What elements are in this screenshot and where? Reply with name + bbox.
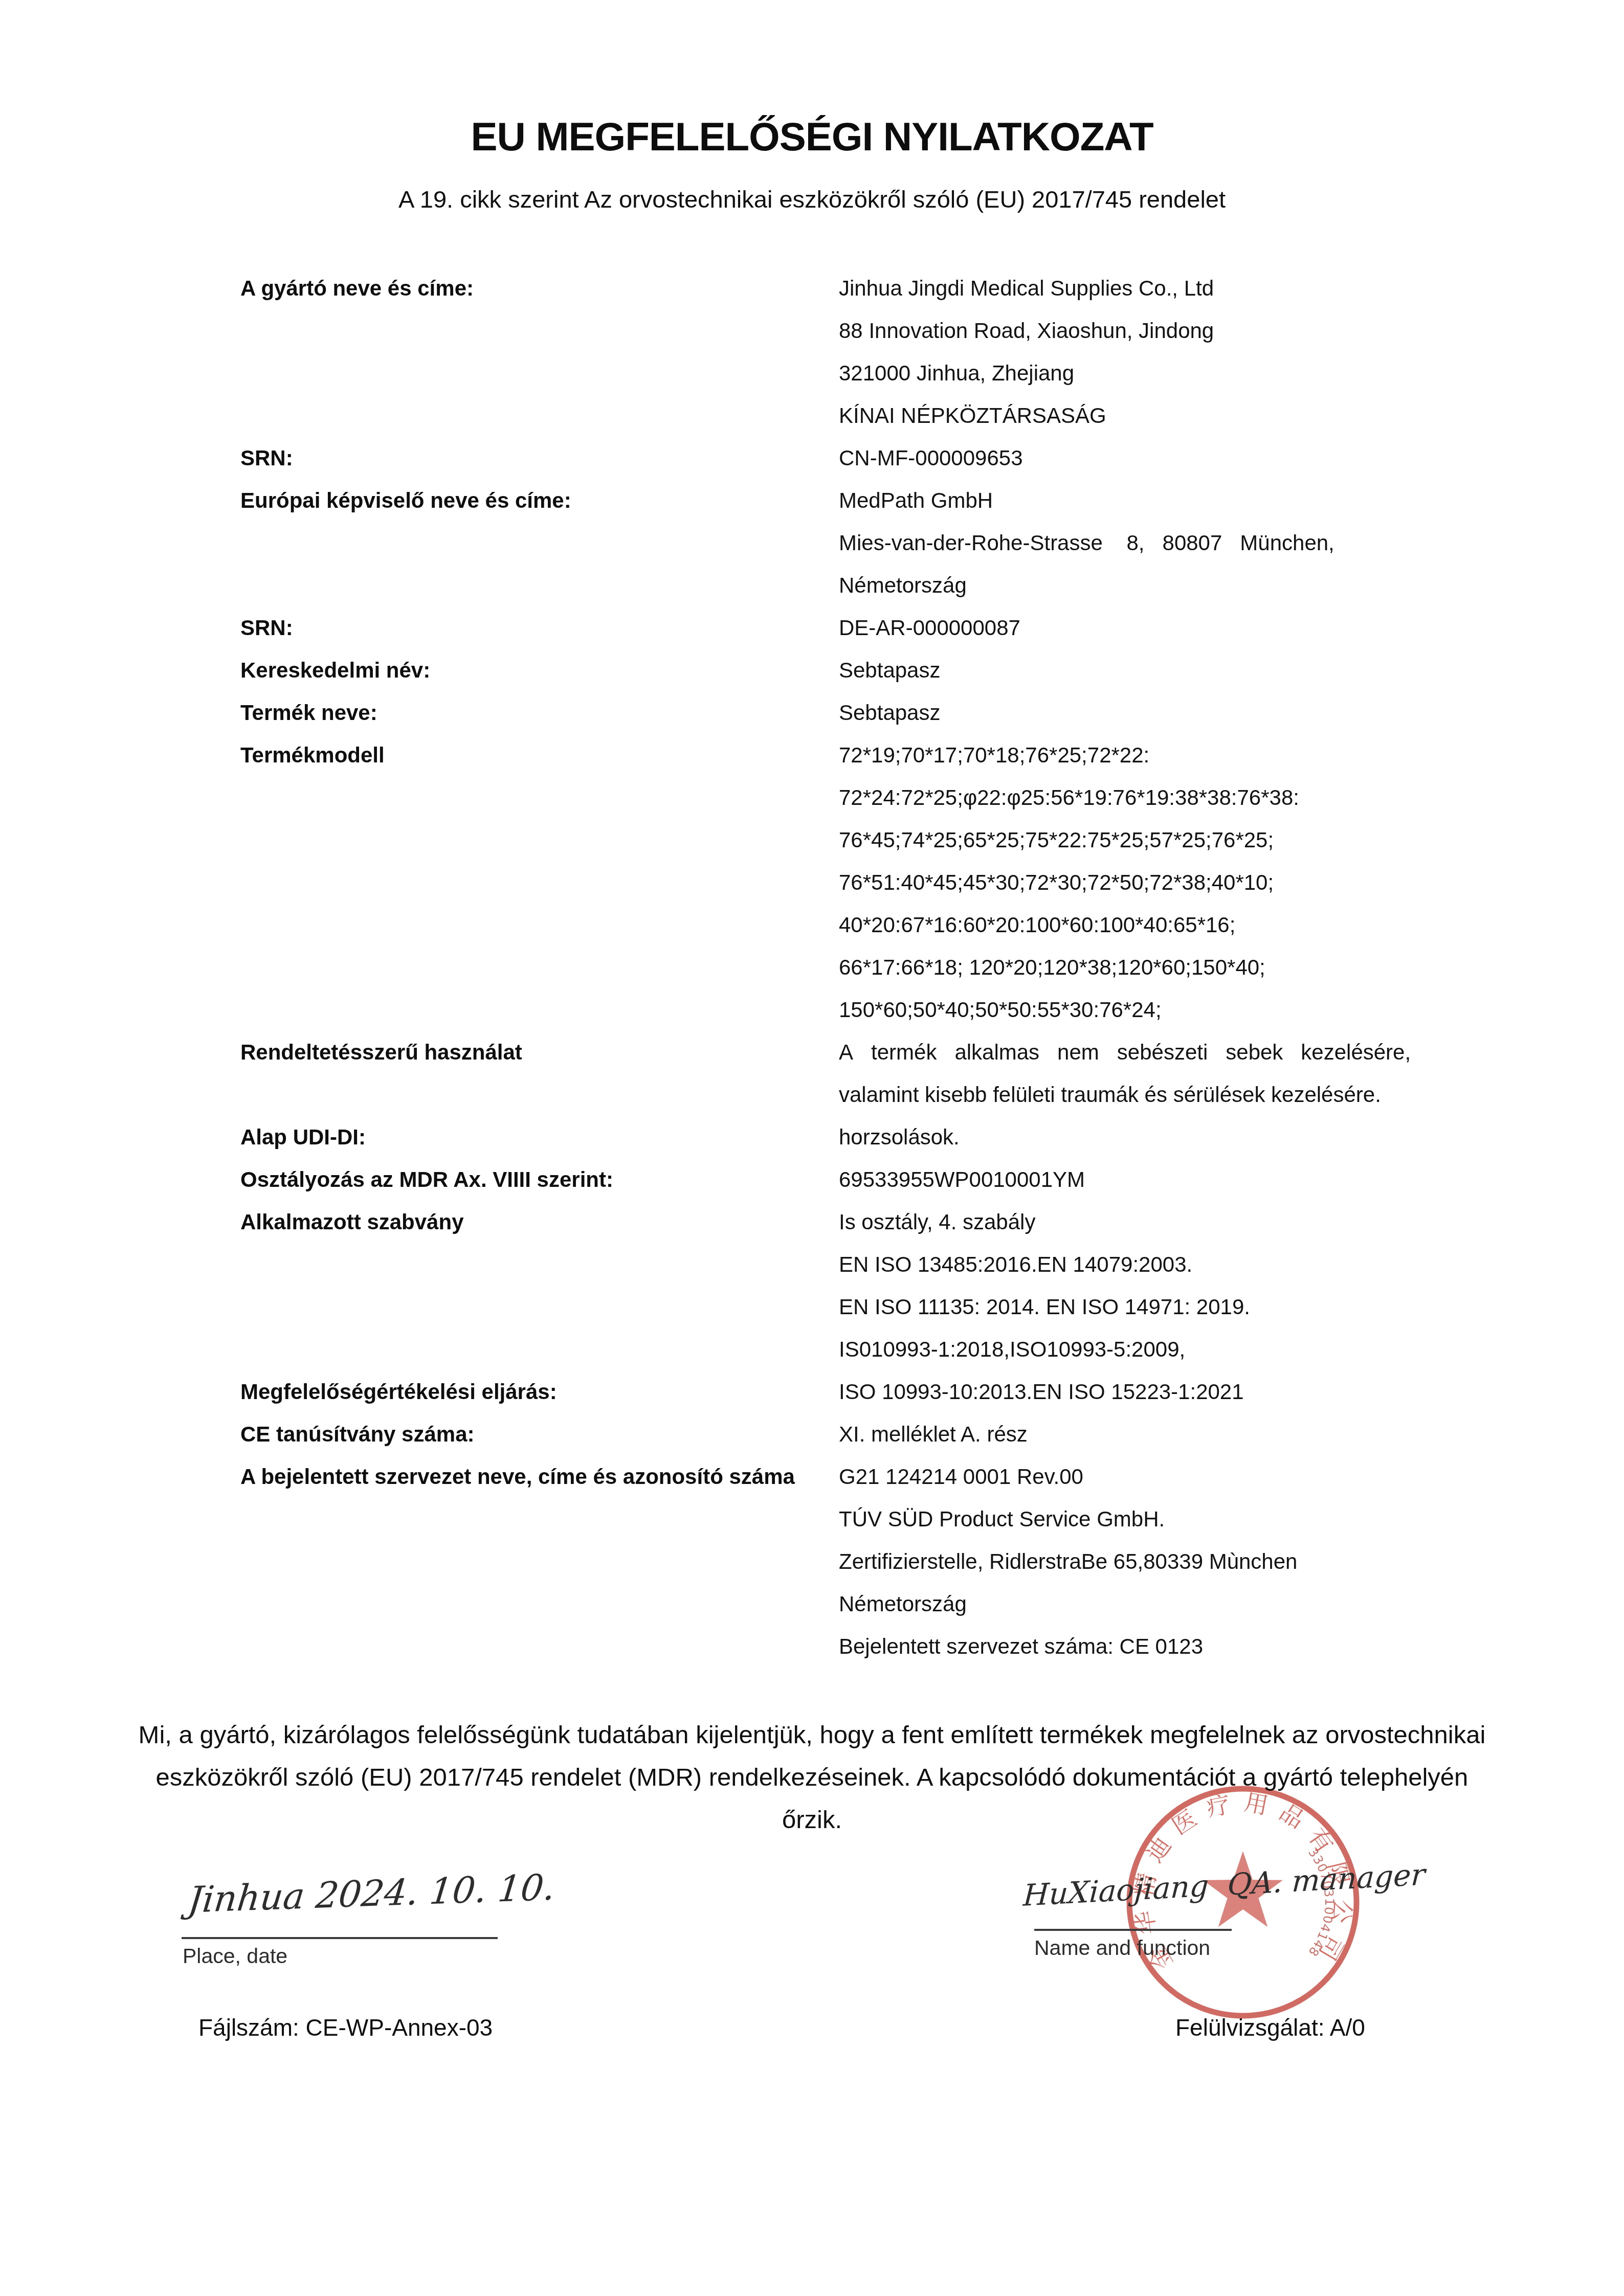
field-row: Termék neve: Sebtapasz <box>240 691 1534 734</box>
field-row: A gyártó neve és címe: Jinhua Jingdi Med… <box>240 267 1534 437</box>
field-value: A termék alkalmas nem sebészeti sebek ke… <box>839 1031 1534 1116</box>
field-value-line: EN ISO 13485:2016.EN 14079:2003. <box>839 1243 1534 1286</box>
field-value: Sebtapasz <box>839 649 1534 691</box>
field-value-line: 150*60;50*40;50*50:55*30:76*24; <box>839 988 1534 1031</box>
field-row: SRN: CN-MF-000009653 <box>240 437 1534 479</box>
field-value: G21 124214 0001 Rev.00TÚV SÜD Product Se… <box>839 1455 1534 1668</box>
field-value-line: CN-MF-000009653 <box>839 437 1534 479</box>
field-value-line: DE-AR-000000087 <box>839 606 1534 649</box>
field-value-line: 66*17:66*18; 120*20;120*38;120*60;150*40… <box>839 946 1534 988</box>
field-value: 69533955WP0010001YM <box>839 1158 1534 1201</box>
field-value-line: Németország <box>839 564 1534 606</box>
field-value-line: 72*24:72*25;φ22:φ25:56*19:76*19:38*38:76… <box>839 776 1534 819</box>
field-value-line: horzsolások. <box>839 1116 1534 1158</box>
field-row: Osztályozás az MDR Ax. VIIII szerint: 69… <box>240 1158 1534 1201</box>
fields-table: A gyártó neve és címe: Jinhua Jingdi Med… <box>240 267 1534 1668</box>
field-row: Kereskedelmi név: Sebtapasz <box>240 649 1534 691</box>
field-value-line: Bejelentett szervezet száma: CE 0123 <box>839 1625 1534 1668</box>
field-value-line: 88 Innovation Road, Xiaoshun, Jindong <box>839 309 1534 352</box>
field-value-line: Sebtapasz <box>839 691 1534 734</box>
field-value: Is osztály, 4. szabályEN ISO 13485:2016.… <box>839 1201 1534 1370</box>
field-value-line: Sebtapasz <box>839 649 1534 691</box>
field-value-line: IS010993-1:2018,ISO10993-5:2009, <box>839 1328 1534 1370</box>
field-label: Termék neve: <box>240 691 839 734</box>
place-date-label: Place, date <box>183 1944 287 1968</box>
field-value-line: 69533955WP0010001YM <box>839 1158 1534 1201</box>
declaration-line: Mi, a gyártó, kizárólagos felelősségünk … <box>26 1714 1598 1757</box>
field-label: A bejelentett szervezet neve, címe és az… <box>240 1455 839 1498</box>
field-row: CE tanúsítvány száma: XI. melléklet A. r… <box>240 1413 1534 1455</box>
file-number: Fájlszám: CE-WP-Annex-03 <box>198 2014 493 2041</box>
field-value: CN-MF-000009653 <box>839 437 1534 479</box>
field-label: Rendeltetésszerű használat <box>240 1031 839 1073</box>
field-label: Európai képviselő neve és címe: <box>240 479 839 522</box>
field-label: Alap UDI-DI: <box>240 1116 839 1158</box>
field-label: Osztályozás az MDR Ax. VIIII szerint: <box>240 1158 839 1201</box>
declaration-line: őrzik. <box>26 1799 1598 1841</box>
field-label: Termékmodell <box>240 734 839 776</box>
field-row: Megfelelőségértékelési eljárás: ISO 1099… <box>240 1370 1534 1413</box>
field-value: Sebtapasz <box>839 691 1534 734</box>
handwritten-place-date: Jinhua 2024. 10. 10. <box>186 1866 557 1921</box>
field-row: Termékmodell 72*19;70*17;70*18;76*25;72*… <box>240 734 1534 1031</box>
document-subtitle: A 19. cikk szerint Az orvostechnikai esz… <box>0 185 1624 213</box>
field-value-line: Mies-van-der-Rohe-Strasse 8, 80807 Münch… <box>839 522 1534 564</box>
field-label: SRN: <box>240 437 839 479</box>
field-value-line: ISO 10993-10:2013.EN ISO 15223-1:2021 <box>839 1370 1534 1413</box>
field-label: Megfelelőségértékelési eljárás: <box>240 1370 839 1413</box>
field-value: MedPath GmbHMies-van-der-Rohe-Strasse 8,… <box>839 479 1534 606</box>
field-label: SRN: <box>240 606 839 649</box>
field-value: XI. melléklet A. rész <box>839 1413 1534 1455</box>
field-value-line: 40*20:67*16:60*20:100*60:100*40:65*16; <box>839 904 1534 946</box>
field-value-line: Zertifizierstelle, RidlerstraBe 65,80339… <box>839 1540 1534 1583</box>
declaration-paragraph: Mi, a gyártó, kizárólagos felelősségünk … <box>26 1714 1598 1841</box>
field-value: ISO 10993-10:2013.EN ISO 15223-1:2021 <box>839 1370 1534 1413</box>
field-value-line: Németország <box>839 1583 1534 1625</box>
field-label: Alkalmazott szabvány <box>240 1201 839 1243</box>
field-value: 72*19;70*17;70*18;76*25;72*22:72*24:72*2… <box>839 734 1534 1031</box>
field-label: Kereskedelmi név: <box>240 649 839 691</box>
field-value-line: 72*19;70*17;70*18;76*25;72*22: <box>839 734 1534 776</box>
field-value-line: KÍNAI NÉPKÖZTÁRSASÁG <box>839 394 1534 437</box>
field-value: DE-AR-000000087 <box>839 606 1534 649</box>
field-row: Alkalmazott szabvány Is osztály, 4. szab… <box>240 1201 1534 1370</box>
field-row: A bejelentett szervezet neve, címe és az… <box>240 1455 1534 1668</box>
field-value-line: EN ISO 11135: 2014. EN ISO 14971: 2019. <box>839 1286 1534 1328</box>
field-value-line: 321000 Jinhua, Zhejiang <box>839 352 1534 394</box>
signature-line-left <box>182 1937 498 1939</box>
field-value-line: Is osztály, 4. szabály <box>839 1201 1534 1243</box>
field-value-line: G21 124214 0001 Rev.00 <box>839 1455 1534 1498</box>
field-value: horzsolások. <box>839 1116 1534 1158</box>
field-value-line: valamint kisebb felületi traumák és sérü… <box>839 1073 1534 1116</box>
field-value-line: 76*45;74*25;65*25;75*22:75*25;57*25;76*2… <box>839 819 1534 861</box>
document-page: EU MEGFELELŐSÉGI NYILATKOZAT A 19. cikk … <box>0 0 1624 2296</box>
document-title: EU MEGFELELŐSÉGI NYILATKOZAT <box>0 114 1624 160</box>
field-value-line: A termék alkalmas nem sebészeti sebek ke… <box>839 1031 1534 1073</box>
field-value-line: MedPath GmbH <box>839 479 1534 522</box>
field-value-line: 76*51:40*45;45*30;72*30;72*50;72*38;40*1… <box>839 861 1534 904</box>
field-value-line: TÚV SÜD Product Service GmbH. <box>839 1498 1534 1540</box>
name-function-label: Name and function <box>1034 1936 1210 1960</box>
field-row: Európai képviselő neve és címe: MedPath … <box>240 479 1534 606</box>
field-value-line: XI. melléklet A. rész <box>839 1413 1534 1455</box>
field-row: Alap UDI-DI: horzsolások. <box>240 1116 1534 1158</box>
field-value: Jinhua Jingdi Medical Supplies Co., Ltd8… <box>839 267 1534 437</box>
field-label: A gyártó neve és címe: <box>240 267 839 309</box>
field-value-line: Jinhua Jingdi Medical Supplies Co., Ltd <box>839 267 1534 309</box>
signature-line-right <box>1034 1929 1232 1931</box>
field-row: Rendeltetésszerű használat A termék alka… <box>240 1031 1534 1116</box>
declaration-line: eszközökről szóló (EU) 2017/745 rendelet… <box>26 1757 1598 1799</box>
field-row: SRN: DE-AR-000000087 <box>240 606 1534 649</box>
field-label: CE tanúsítvány száma: <box>240 1413 839 1455</box>
